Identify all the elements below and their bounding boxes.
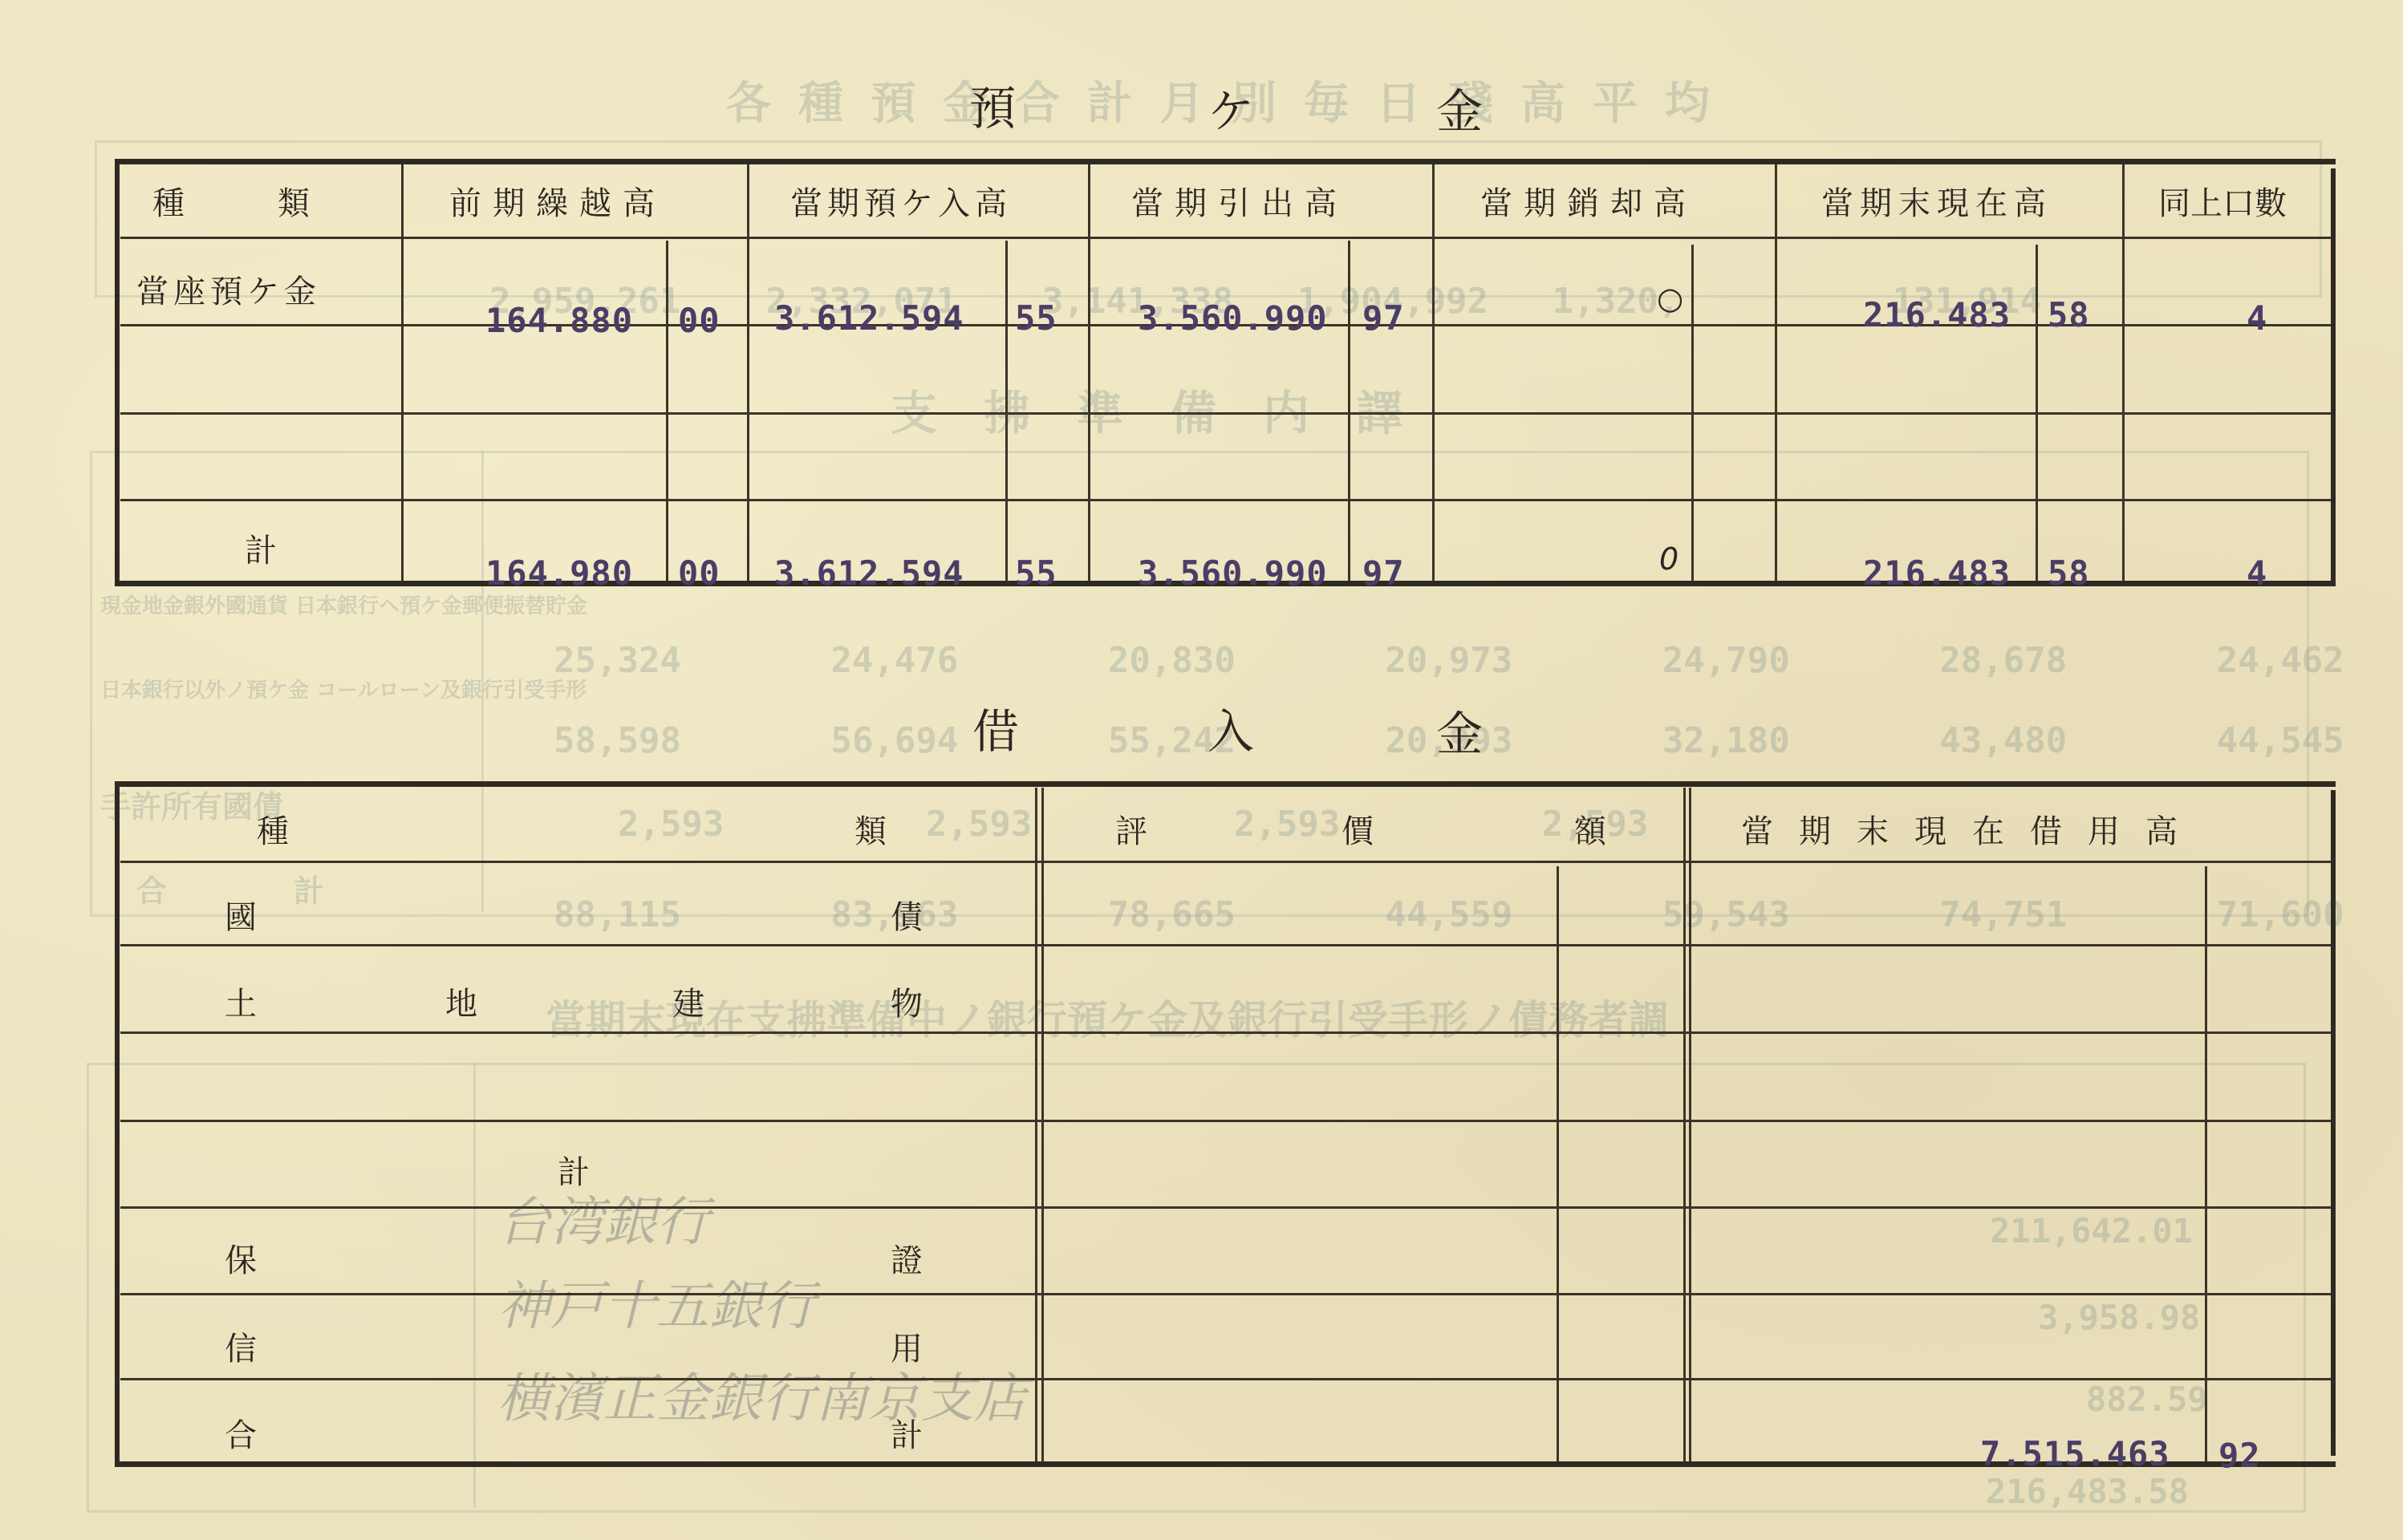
deposits-col-divider-1 (401, 164, 404, 582)
bleed-through-box-lower (87, 1063, 2306, 1513)
bleed-through-row-label-3: 手許所有國債 (100, 782, 283, 826)
borrowings-row-5-left: 信 (225, 1323, 257, 1369)
deposits-total-accounts: 4 (2247, 553, 2267, 593)
borrowings-col-divider-2a (1683, 788, 1686, 1461)
borrowings-header-valuation-1: 評 (1115, 806, 1147, 852)
deposits-top-border (115, 159, 2336, 164)
deposits-row-written-off: ○ (1657, 281, 1683, 316)
deposits-header-end-balance: 當期末現在高 (1821, 178, 2052, 224)
bleed-through-debtor-3: 882.59 (2086, 1380, 2208, 1419)
deposits-col-divider-3 (1088, 164, 1090, 582)
deposits-total-prev-sen: 00 (678, 553, 720, 593)
deposits-row-prev-sen: 00 (678, 301, 720, 340)
bleed-through-debtor-2: 3,958.98 (2038, 1298, 2200, 1337)
borrowings-title-char-2: 入 (1208, 694, 1254, 761)
deposits-total-withdrawn-yen: 3.560.990 (1138, 553, 1328, 593)
bleed-through-debtor-total: 216,483.58 (1986, 1472, 2189, 1511)
borrowings-row-2-mid2: 建 (672, 979, 704, 1024)
borrowings-row-6-right: 計 (891, 1410, 923, 1456)
deposits-total-written-off: 0 (1659, 541, 1678, 577)
deposits-header-written-off: 當期銷却高 (1480, 178, 1697, 224)
deposits-title-char-1: 預 (969, 71, 1016, 138)
deposits-total-label: 計 (245, 525, 277, 571)
deposits-col-divider-2 (747, 164, 749, 582)
borrowings-row-4-left: 保 (225, 1235, 257, 1281)
bleed-through-debtor-1: 211,642.01 (1990, 1211, 2193, 1250)
deposits-col-divider-6 (2122, 164, 2125, 582)
deposits-total-end-sen: 58 (2048, 553, 2090, 593)
borrowings-header-end-borrowed: 當期末現在借用高 (1741, 806, 2203, 852)
bleed-through-values-row1: 25,324 24,476 20,830 20,973 24,790 28,67… (554, 640, 2344, 681)
borrowings-row-rule-4 (120, 1206, 2331, 1209)
borrowings-header-valuation-2: 價 (1342, 806, 1374, 852)
borrowings-row-2-left: 土 (225, 979, 257, 1024)
deposits-row-rule-3 (120, 499, 2331, 501)
borrowings-row-4-right: 證 (891, 1235, 923, 1281)
deposits-row-type: 當座預ケ金 (136, 266, 321, 312)
deposits-sen-divider-3 (1348, 241, 1350, 582)
borrowings-row-rule-2 (120, 1031, 2331, 1034)
borrowings-sen-divider-2 (2205, 866, 2207, 1461)
borrowings-header-rule (120, 861, 2331, 863)
bleed-through-lower-title: 當期末現在支拂準備中ノ銀行預ケ金及銀行引受手形ノ債務者調 (546, 988, 1669, 1046)
deposits-row-accounts: 4 (2247, 298, 2267, 338)
borrowings-row-2-mid: 地 (445, 979, 477, 1024)
borrowings-row-2-right: 物 (891, 979, 923, 1024)
deposits-left-border (115, 163, 120, 582)
borrowings-header-type-left: 種 (257, 806, 289, 852)
pencil-note-1: 台湾銀行 (497, 1179, 709, 1255)
borrowings-total-yen: 7.515.463 (1980, 1434, 2170, 1473)
borrowings-header-valuation-3: 額 (1574, 806, 1606, 852)
borrowings-row-rule-1 (120, 944, 2331, 946)
borrowings-title-char-1: 借 (972, 694, 1019, 761)
borrowings-row-rule-5 (120, 1293, 2331, 1295)
borrowings-col-divider-1a (1035, 788, 1037, 1461)
borrowings-row-3-mid: 計 (558, 1147, 590, 1193)
borrowings-sen-divider-1 (1557, 866, 1559, 1461)
borrowings-total-sen: 92 (2218, 1436, 2261, 1475)
deposits-sen-divider-1 (666, 241, 668, 582)
borrowings-row-1-left: 國 (225, 892, 257, 938)
deposits-header-accounts: 同上口數 (2158, 178, 2287, 224)
deposits-row-end-sen: 58 (2048, 295, 2090, 334)
deposits-row-rule-2 (120, 412, 2331, 415)
borrowings-col-divider-1b (1041, 788, 1044, 1461)
deposits-header-rule (120, 237, 2331, 239)
bleed-through-values-total: 88,115 83,963 78,665 44,559 59,543 74,75… (554, 894, 2344, 935)
borrowings-row-1-right: 債 (891, 892, 923, 938)
deposits-row-withdrawn-sen: 97 (1362, 298, 1405, 338)
deposits-col-divider-5 (1775, 164, 1777, 582)
deposits-row-withdrawn-yen: 3.560.990 (1138, 298, 1328, 338)
bleed-through-vline-lower (473, 1063, 476, 1508)
deposits-row-deposited-yen: 3.612.594 (774, 298, 964, 338)
deposits-row-end-yen: 216.483 (1863, 295, 2011, 334)
bleed-through-row-label-1: 現金地金銀外國通貨 日本銀行ヘ預ケ金郵便振替貯金 (100, 590, 587, 619)
deposits-total-prev-yen: 164.980 (485, 553, 633, 593)
deposits-sen-divider-2 (1005, 241, 1008, 582)
deposits-header-withdrawn: 當期引出高 (1131, 178, 1348, 224)
deposits-header-type: 種 類 (152, 178, 319, 224)
deposits-title-char-2: ケ (1208, 74, 1254, 141)
deposits-header-prev-balance: 前期繰越高 (449, 178, 666, 224)
bleed-through-middle-title: 支 拂 準 備 内 譯 (891, 375, 1402, 443)
borrowings-row-5-right: 用 (891, 1323, 923, 1369)
pencil-note-3: 横濱正金銀行南京支店 (497, 1356, 1027, 1432)
borrowings-row-rule-6 (120, 1378, 2331, 1380)
borrowings-right-border (2331, 790, 2336, 1456)
deposits-col-divider-4 (1432, 164, 1435, 582)
borrowings-title-char-3: 金 (1436, 696, 1483, 764)
pencil-note-2: 神戸十五銀行 (497, 1263, 815, 1339)
borrowings-col-divider-2b (1689, 788, 1691, 1461)
deposits-row-deposited-sen: 55 (1015, 298, 1057, 338)
borrowings-left-border (115, 786, 120, 1461)
deposits-right-border (2331, 168, 2336, 582)
borrowings-row-rule-3 (120, 1120, 2331, 1122)
deposits-header-deposited: 當期預ケ入高 (790, 178, 1012, 224)
deposits-total-end-yen: 216.483 (1863, 553, 2011, 593)
deposits-total-withdrawn-sen: 97 (1362, 553, 1405, 593)
borrowings-header-type-right: 類 (854, 806, 887, 852)
borrowings-row-6-left: 合 (225, 1410, 257, 1456)
deposits-total-deposited-sen: 55 (1015, 553, 1057, 593)
deposits-title-char-3: 金 (1436, 74, 1483, 141)
deposits-total-deposited-yen: 3.612.594 (774, 553, 964, 593)
deposits-row-prev-yen: 164.880 (485, 301, 633, 340)
borrowings-top-border (115, 781, 2336, 787)
bleed-through-row-label-2: 日本銀行以外ノ預ケ金 コールローン及銀行引受手形 (100, 674, 587, 703)
